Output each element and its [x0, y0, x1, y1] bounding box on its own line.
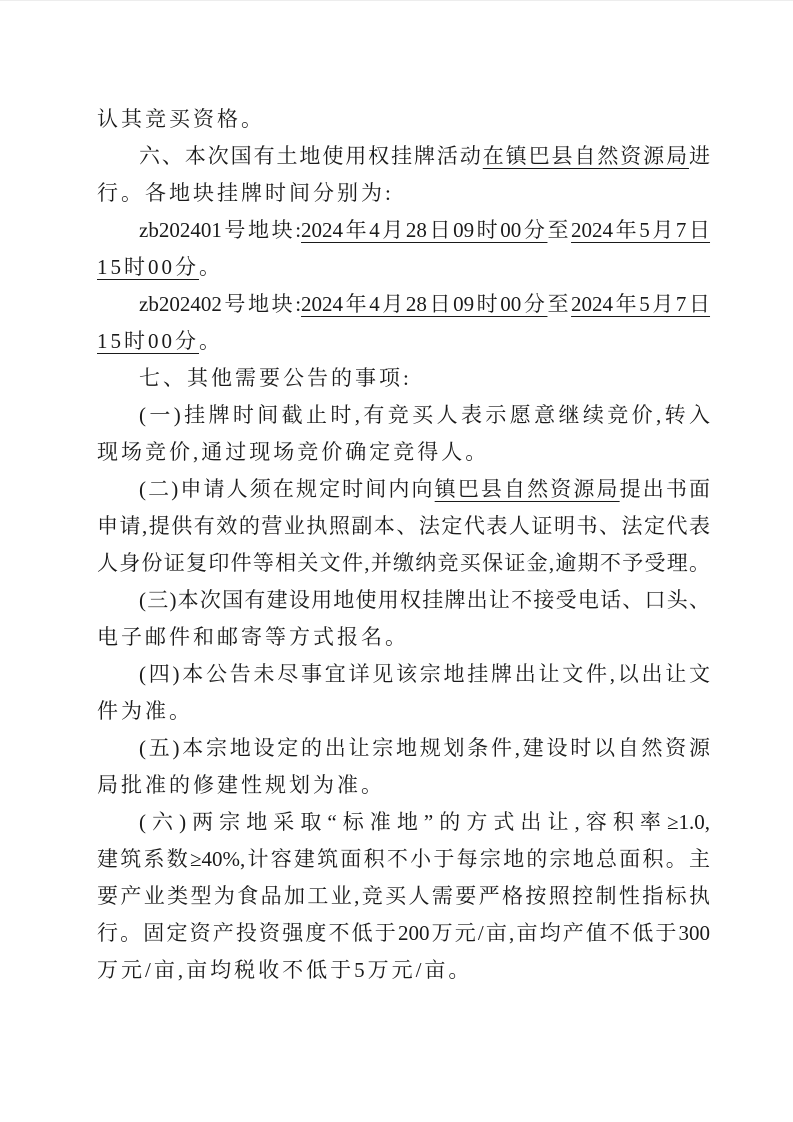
text-run: 行。各地块挂牌时间分别为: — [97, 181, 394, 205]
text-line: 15时00分。 — [97, 249, 710, 286]
text-line: 人身份证复印件等相关文件,并缴纳竞买保证金,逾期不予受理。 — [97, 545, 710, 582]
text-run: 行。固定资产投资强度不低于200万元/亩,亩均产值不低于300 — [97, 921, 710, 945]
underlined-text: 2024年5月7日 — [571, 218, 710, 242]
text-line: 件为准。 — [97, 693, 710, 730]
text-line: 局批准的修建性规划为准。 — [97, 767, 710, 804]
text-line: 六、本次国有土地使用权挂牌活动在镇巴县自然资源局进 — [97, 138, 710, 175]
text-run: 件为准。 — [97, 699, 193, 723]
text-run: 要产业类型为食品加工业,竞买人需要严格按照控制性指标执 — [97, 884, 710, 908]
text-line: 现场竞价,通过现场竞价确定竞得人。 — [97, 434, 710, 471]
underlined-text: 在镇巴县自然资源局 — [483, 144, 689, 168]
text-line: (六)两宗地采取“标准地”的方式出让,容积率≥1.0, — [97, 804, 710, 841]
text-run: 至 — [547, 218, 571, 242]
document-body: 认其竞买资格。六、本次国有土地使用权挂牌活动在镇巴县自然资源局进行。各地块挂牌时… — [97, 101, 710, 989]
text-run: 局批准的修建性规划为准。 — [97, 773, 385, 797]
text-line: (二)申请人须在规定时间内向镇巴县自然资源局提出书面 — [97, 471, 710, 508]
text-run: 电子邮件和邮寄等方式报名。 — [97, 625, 409, 649]
text-line: 认其竞买资格。 — [97, 101, 710, 138]
underlined-text: 15时00分 — [97, 255, 199, 279]
underlined-text: 镇巴县自然资源局 — [435, 477, 620, 501]
text-run: 七、其他需要公告的事项: — [139, 366, 412, 390]
text-run: (六)两宗地采取“标准地”的方式出让,容积率≥1.0, — [139, 810, 710, 834]
text-run: (五)本宗地设定的出让宗地规划条件,建设时以自然资源 — [139, 736, 710, 760]
text-line: 建筑系数≥40%,计容建筑面积不小于每宗地的宗地总面积。主 — [97, 841, 710, 878]
text-line: 行。各地块挂牌时间分别为: — [97, 175, 710, 212]
underlined-text: 2024年5月7日 — [571, 292, 710, 316]
text-line: zb202402号地块:2024年4月28日09时00分至2024年5月7日 — [97, 286, 710, 323]
text-run: 申请,提供有效的营业执照副本、法定代表人证明书、法定代表 — [97, 514, 710, 538]
text-run: (二)申请人须在规定时间内向 — [139, 477, 435, 501]
text-run: (三)本次国有建设用地使用权挂牌出让不接受电话、口头、 — [139, 588, 710, 612]
underlined-text: 2024年4月28日09时00分 — [301, 218, 547, 242]
text-run: 提出书面 — [620, 477, 710, 501]
text-line: (一)挂牌时间截止时,有竞买人表示愿意继续竞价,转入 — [97, 397, 710, 434]
text-run: 进 — [689, 144, 710, 168]
text-run: 人身份证复印件等相关文件,并缴纳竞买保证金,逾期不予受理。 — [97, 551, 710, 575]
text-line: 要产业类型为食品加工业,竞买人需要严格按照控制性指标执 — [97, 878, 710, 915]
text-run: 建筑系数≥40%,计容建筑面积不小于每宗地的宗地总面积。主 — [97, 847, 710, 871]
text-line: 电子邮件和邮寄等方式报名。 — [97, 619, 710, 656]
text-run: 六、本次国有土地使用权挂牌活动 — [139, 144, 483, 168]
text-run: (四)本公告未尽事宜详见该宗地挂牌出让文件,以出让文 — [139, 662, 710, 686]
text-run: 至 — [547, 292, 571, 316]
text-line: (四)本公告未尽事宜详见该宗地挂牌出让文件,以出让文 — [97, 656, 710, 693]
text-run: 。 — [199, 255, 223, 279]
text-run: (一)挂牌时间截止时,有竞买人表示愿意继续竞价,转入 — [139, 403, 710, 427]
text-line: 行。固定资产投资强度不低于200万元/亩,亩均产值不低于300 — [97, 915, 710, 952]
text-run: 。 — [199, 329, 223, 353]
underlined-text: 15时00分 — [97, 329, 199, 353]
text-run: 现场竞价,通过现场竞价确定竞得人。 — [97, 440, 489, 464]
text-line: 15时00分。 — [97, 323, 710, 360]
text-run: zb202401号地块: — [139, 218, 301, 242]
text-line: (五)本宗地设定的出让宗地规划条件,建设时以自然资源 — [97, 730, 710, 767]
text-line: 七、其他需要公告的事项: — [97, 360, 710, 397]
underlined-text: 2024年4月28日09时00分 — [301, 292, 547, 316]
text-run: 认其竞买资格。 — [97, 107, 265, 131]
text-line: 万元/亩,亩均税收不低于5万元/亩。 — [97, 952, 710, 989]
document-page: 认其竞买资格。六、本次国有土地使用权挂牌活动在镇巴县自然资源局进行。各地块挂牌时… — [0, 0, 793, 1122]
text-run: zb202402号地块: — [139, 292, 301, 316]
text-line: (三)本次国有建设用地使用权挂牌出让不接受电话、口头、 — [97, 582, 710, 619]
text-run: 万元/亩,亩均税收不低于5万元/亩。 — [97, 958, 472, 982]
text-line: 申请,提供有效的营业执照副本、法定代表人证明书、法定代表 — [97, 508, 710, 545]
text-line: zb202401号地块:2024年4月28日09时00分至2024年5月7日 — [97, 212, 710, 249]
